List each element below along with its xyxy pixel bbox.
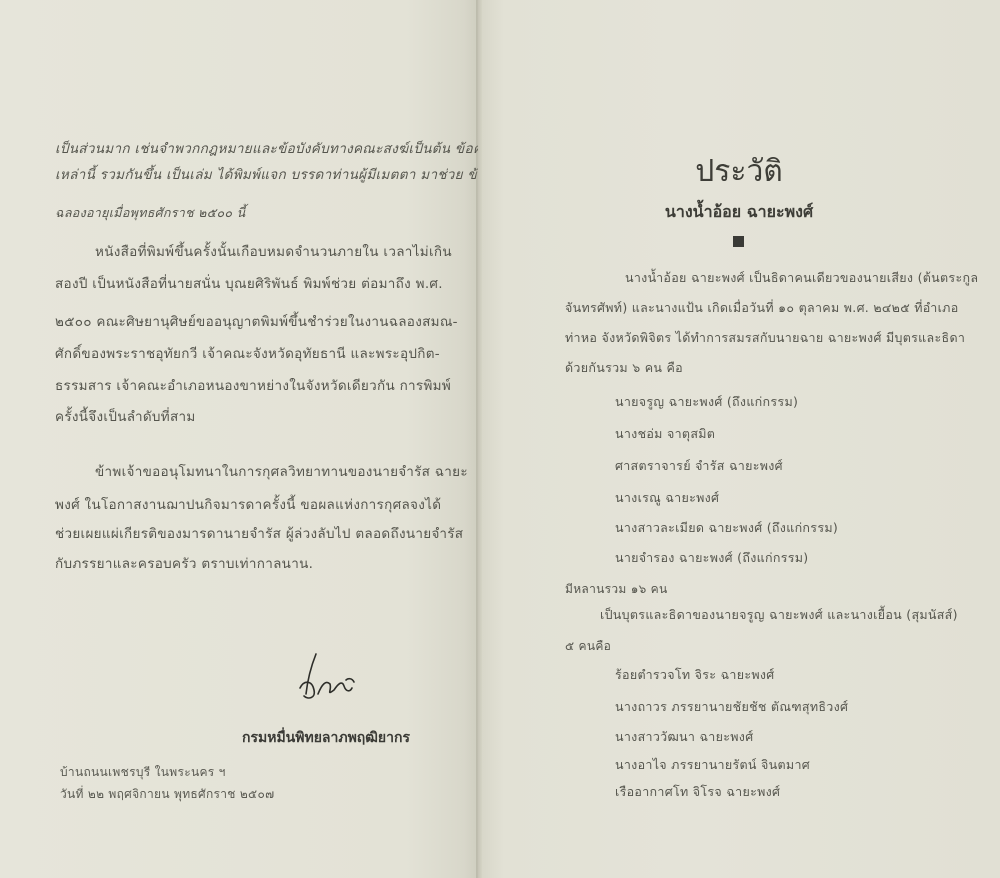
child-2: นางชอ่ม จาตุสมิต: [615, 424, 715, 444]
child-6: นายจำรอง ฉายะพงศ์ (ถึงแก่กรรม): [615, 548, 808, 568]
left-p1-line-2: เหล่านี้ รวมกันขึ้น เป็นเล่ม ได้พิมพ์แจก…: [55, 163, 515, 185]
child-4: นางเรณู ฉายะพงศ์: [615, 488, 719, 508]
left-p1-line-1: เป็นส่วนมาก เช่นจำพวกกฎหมายและข้อบังคับท…: [55, 137, 507, 159]
left-p3-line-2: พงศ์ ในโอกาสงานฌาปนกิจมารดาครั้งนี้ ขอผล…: [55, 493, 441, 515]
intro-line-1: นางน้ำอ้อย ฉายะพงศ์ เป็นธิดาคนเดียวของนา…: [625, 268, 978, 288]
grandchild-1: ร้อยตำรวจโท จิระ ฉายะพงศ์: [615, 665, 775, 685]
left-p2-line-5: ธรรมสาร เจ้าคณะอำเภอหนองขาหย่างในจังหวัด…: [55, 374, 451, 396]
left-p3-line-4: กับภรรยาและครอบครัว ตราบเท่ากาลนาน.: [55, 552, 313, 574]
grandchildren-count: มีหลานรวม ๑๖ คน: [565, 580, 668, 599]
book-gutter: [476, 0, 482, 878]
left-p2-line-3: ๒๕๐๐ คณะศิษยานุศิษย์ขออนุญาตพิมพ์ขึ้นชำร…: [55, 310, 458, 332]
left-p2-line-6: ครั้งนี้จึงเป็นลำดับที่สาม: [55, 405, 196, 427]
book-spread: เป็นส่วนมาก เช่นจำพวกกฎหมายและข้อบังคับท…: [0, 0, 1000, 878]
grandchild-2: นางถาวร ภรรยานายชัยชัช ตัณฑสุทธิวงศ์: [615, 697, 848, 717]
grandchildren-intro-2: ๕ คนคือ: [565, 637, 611, 656]
intro-line-2: จันทรศัพท์) และนางแป้น เกิดเมื่อวันที่ ๑…: [565, 298, 959, 318]
child-5: นางสาวละเมียด ฉายะพงศ์ (ถึงแก่กรรม): [615, 518, 838, 538]
left-p2-line-2: สองปี เป็นหนังสือที่นายสนั่น บุณยศิริพัน…: [55, 272, 443, 294]
left-p2-line-4: ศักดิ์ของพระราชอุทัยกวี เจ้าคณะจังหวัดอุ…: [55, 342, 440, 364]
grandchildren-intro-1: เป็นบุตรและธิดาของนายจรูญ ฉายะพงศ์ และนา…: [600, 605, 958, 625]
child-1: นายจรูญ ฉายะพงศ์ (ถึงแก่กรรม): [615, 392, 798, 412]
child-3: ศาสตราจารย์ จำรัส ฉายะพงศ์: [615, 456, 783, 476]
intro-line-4: ด้วยกันรวม ๖ คน คือ: [565, 358, 683, 378]
left-p3-line-3: ช่วยเผยแผ่เกียรติของมารดานายจำรัส ผู้ล่ว…: [55, 522, 463, 544]
letter-place: บ้านถนนเพชรบุรี ในพระนคร ฯ: [60, 763, 226, 782]
left-p1-line-3: ฉลองอายุเมื่อพุทธศักราช ๒๕๐๐ นี้: [55, 203, 245, 223]
letter-date: วันที่ ๒๒ พฤศจิกายน พุทธศักราช ๒๕๐๗: [60, 785, 274, 804]
page-title: ประวัติ: [478, 148, 1000, 195]
section-marker-icon: [733, 236, 744, 247]
left-p3-line-1: ข้าพเจ้าขออนุโมทนาในการกุศลวิทยาทานของนา…: [95, 460, 468, 482]
signature-icon: [290, 650, 370, 710]
grandchild-5: เรืออากาศโท จิโรจ ฉายะพงศ์: [615, 782, 780, 802]
grandchild-3: นางสาววัฒนา ฉายะพงศ์: [615, 727, 753, 747]
left-page: เป็นส่วนมาก เช่นจำพวกกฎหมายและข้อบังคับท…: [0, 0, 478, 878]
signer-name: กรมหมื่นพิทยลาภพฤฒิยากร: [242, 727, 410, 749]
intro-line-3: ท่าหอ จังหวัดพิจิตร ได้ทำการสมรสกับนายฉา…: [565, 328, 965, 348]
page-subtitle: นางน้ำอ้อย ฉายะพงศ์: [478, 200, 1000, 225]
grandchild-4: นางอาไจ ภรรยานายรัตน์ จินตมาศ: [615, 755, 810, 775]
left-p2-line-1: หนังสือที่พิมพ์ขึ้นครั้งนั้นเกือบหมดจำนว…: [95, 240, 452, 262]
